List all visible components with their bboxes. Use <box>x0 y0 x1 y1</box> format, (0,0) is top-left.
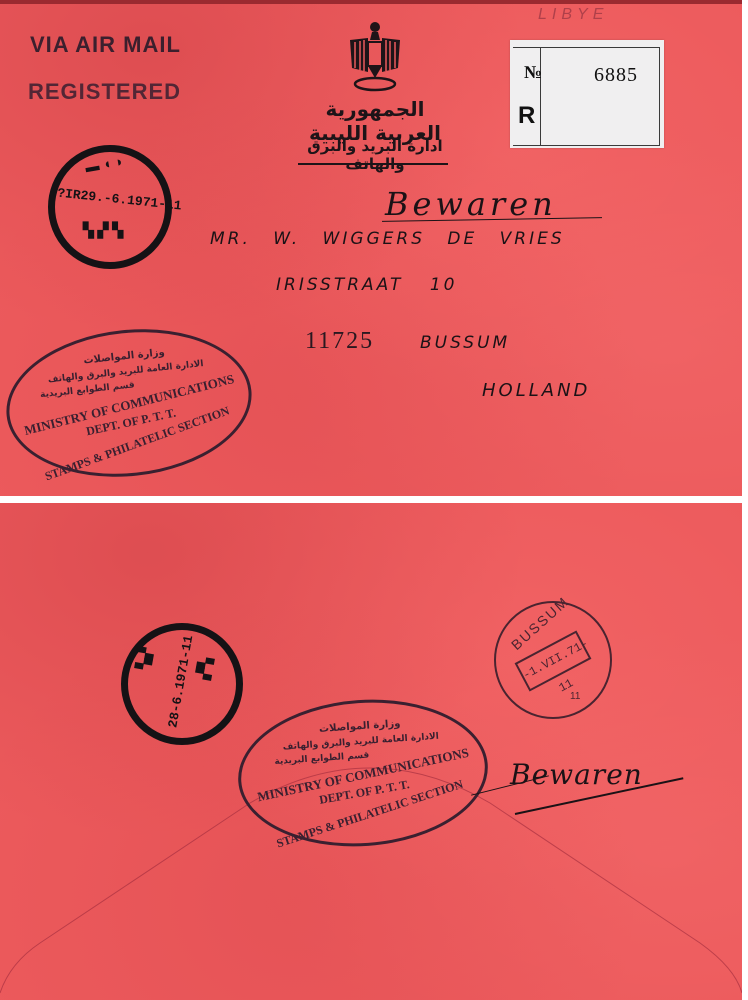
airmail-label: VIA AIR MAIL <box>30 32 181 58</box>
registration-label: № 6885 R <box>510 40 664 148</box>
eagle-emblem-icon <box>346 18 404 94</box>
tripoli-postmark-back: 28-6.1971-11 ▚▞ ▞▚ <box>121 623 243 745</box>
postmark-date: ?IR29.-6.1971-11 <box>57 186 183 214</box>
envelope-front: LIBYE VIA AIR MAIL REGISTERED الجمهورية … <box>0 0 742 496</box>
postmark-date: 28-6.1971-11 <box>165 634 196 729</box>
address-city: BUSSUM <box>420 333 510 353</box>
address-postcode: 11725 <box>305 328 374 355</box>
registration-number: 6885 <box>594 64 638 87</box>
letterhead-rule <box>298 163 448 165</box>
address-street: IRISSTRAAT 10 <box>276 275 457 295</box>
country-annotation: LIBYE <box>538 6 608 24</box>
registration-no-prefix: № <box>524 62 542 83</box>
envelope-back: 28-6.1971-11 ▚▞ ▞▚ BUSSUM -1.VII.71-11 1… <box>0 503 742 1000</box>
registered-label: REGISTERED <box>28 79 181 105</box>
registration-letter: R <box>518 102 535 130</box>
letterhead-line-2: ادارة البريد والبرق والهاتف <box>280 137 470 173</box>
handwritten-signature: Bewaren <box>510 758 643 791</box>
ministry-stamp-front: وزارة المواصلات الادارة العامة للبريد وا… <box>0 318 259 489</box>
bussum-postmark: BUSSUM -1.VII.71-11 11 <box>494 601 612 719</box>
address-country: HOLLAND <box>482 380 590 401</box>
address-name: MR. W. WIGGERS DE VRIES <box>210 229 565 249</box>
tripoli-postmark-front: ▬ ◖ ◗ ?IR29.-6.1971-11 ▚ ▞ ▚ <box>48 145 172 269</box>
handwritten-note: Bewaren <box>385 185 557 223</box>
postmark-office-number: 11 <box>570 691 580 702</box>
